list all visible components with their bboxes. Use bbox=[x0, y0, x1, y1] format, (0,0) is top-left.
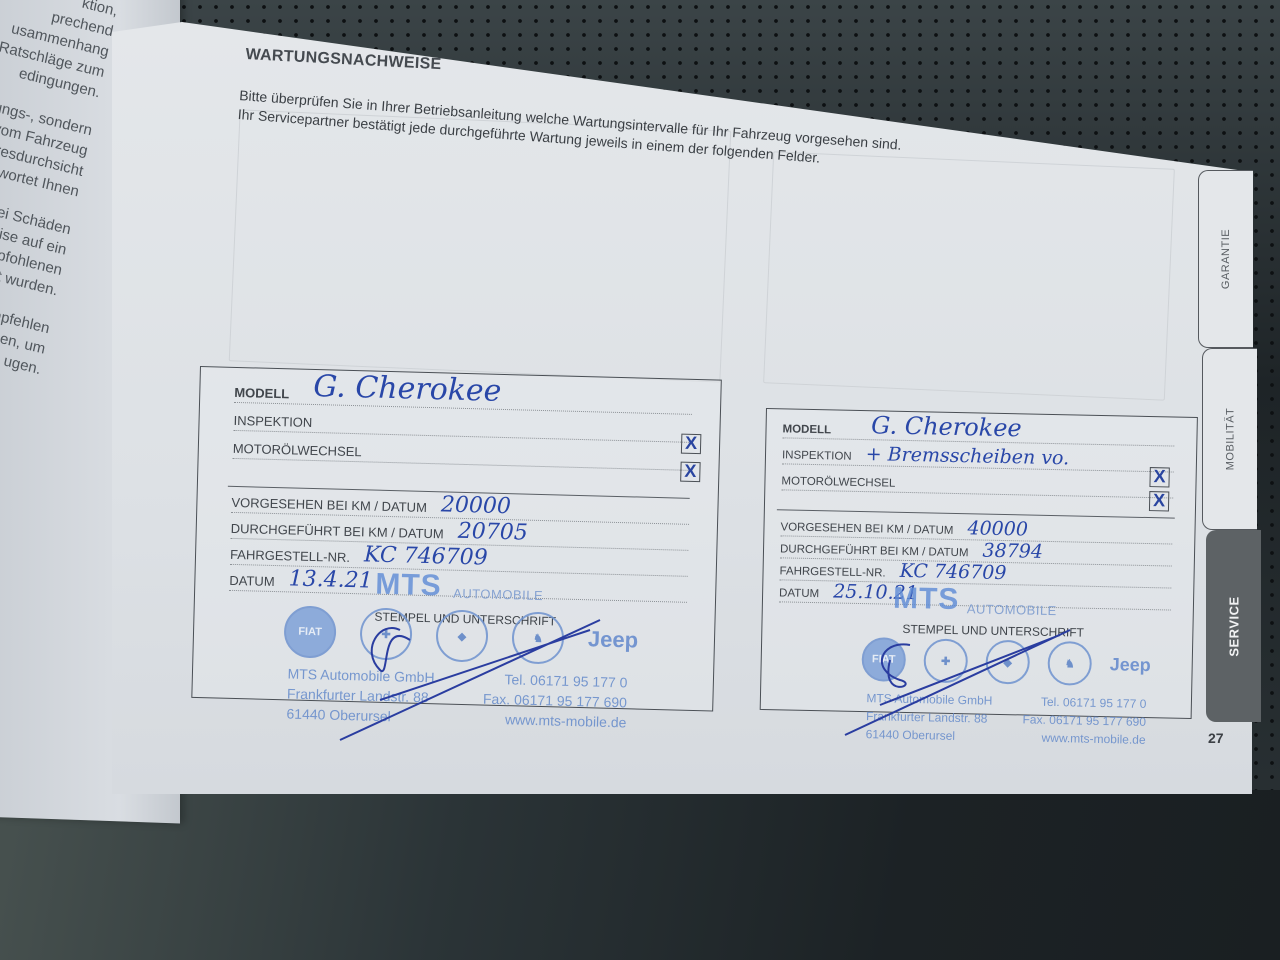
brand-logos: FIAT ✚ ◆ ♞ Jeep bbox=[283, 605, 638, 666]
brand-logos: FIAT ✚ ◆ ♞ Jeep bbox=[861, 637, 1151, 687]
vorgesehen-value[interactable]: 20000 bbox=[441, 492, 512, 519]
dealer-address-2: MTS Automobile GmbHTel. 06171 95 177 0 F… bbox=[865, 689, 1146, 749]
page-number: 27 bbox=[1208, 730, 1224, 746]
stamp-brand: MTS bbox=[375, 568, 442, 604]
leather-seat-lower bbox=[0, 790, 1280, 960]
left-para-2: tungs-, sondern vom Fahrzeug ahresdurchs… bbox=[0, 95, 94, 203]
durchgefuehrt-value[interactable]: 38794 bbox=[982, 540, 1043, 563]
fiat-logo-icon: FIAT bbox=[283, 605, 336, 658]
stamp-brand: MTS bbox=[893, 582, 960, 617]
fiat-logo-icon: FIAT bbox=[861, 637, 906, 682]
left-para-3: nt bei Schäden veise auf ein empfohlenen… bbox=[0, 194, 73, 302]
dealer-address-1: MTS Automobile GmbHTel. 06171 95 177 0 F… bbox=[286, 664, 627, 733]
left-page-text: ktion, prechend usammenhang Ratschläge z… bbox=[0, 0, 120, 398]
abarth-logo-icon: ♞ bbox=[511, 611, 564, 664]
alfa-romeo-logo-icon: ✚ bbox=[923, 638, 968, 683]
tab-garantie[interactable]: GARANTIE bbox=[1198, 170, 1253, 348]
left-para-1: ktion, prechend usammenhang Ratschläge z… bbox=[0, 0, 120, 103]
service-record-2: MODELL G. Cherokee INSPEKTION + Bremssch… bbox=[760, 408, 1198, 719]
fahrgestell-value[interactable]: KC 746709 bbox=[364, 542, 488, 570]
lancia-logo-icon: ◆ bbox=[435, 609, 488, 662]
datum-value[interactable]: 13.4.21 bbox=[288, 566, 373, 593]
tab-service[interactable]: SERVICE bbox=[1206, 530, 1261, 722]
oelwechsel-checkbox[interactable]: X bbox=[1149, 491, 1169, 511]
inspektion-note[interactable]: + Bremsscheiben vo. bbox=[865, 443, 1069, 469]
vorgesehen-value[interactable]: 40000 bbox=[967, 517, 1028, 540]
modell-value[interactable]: G. Cherokee bbox=[871, 411, 1022, 442]
modell-value[interactable]: G. Cherokee bbox=[313, 369, 502, 409]
lancia-logo-icon: ◆ bbox=[985, 640, 1030, 685]
tab-mobilitaet[interactable]: MOBILITÄT bbox=[1202, 348, 1257, 530]
stamp-brand-sub: AUTOMOBILE bbox=[967, 601, 1057, 618]
abarth-logo-icon: ♞ bbox=[1047, 641, 1092, 686]
service-record-1: MODELL G. Cherokee INSPEKTION X MOTORÖLW… bbox=[191, 366, 722, 712]
stamp-brand-sub: AUTOMOBILE bbox=[453, 586, 543, 603]
jeep-logo: Jeep bbox=[588, 626, 639, 653]
show-through-box bbox=[763, 151, 1175, 400]
fahrgestell-value[interactable]: KC 746709 bbox=[899, 560, 1006, 584]
left-para-4: n, empfehlen suchen, um ugen. bbox=[0, 293, 52, 380]
jeep-logo: Jeep bbox=[1109, 654, 1150, 676]
alfa-romeo-logo-icon: ✚ bbox=[359, 607, 412, 660]
durchgefuehrt-value[interactable]: 20705 bbox=[458, 519, 529, 546]
stamp-label: STEMPEL UND UNTERSCHRIFT bbox=[902, 622, 1084, 640]
oelwechsel-row: MOTORÖLWECHSEL bbox=[781, 467, 1173, 498]
